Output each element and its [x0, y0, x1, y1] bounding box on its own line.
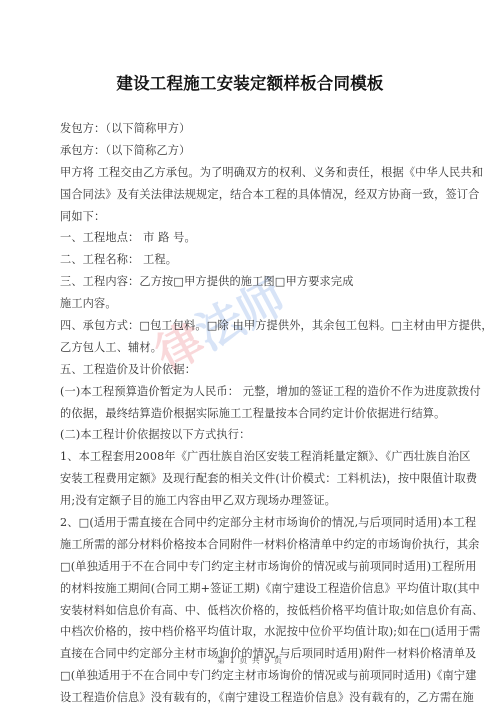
- document-line: 乙方包人工、辅材。: [60, 337, 445, 359]
- document-line: (二)本工程计价依据按以下方式执行：: [60, 424, 445, 446]
- document-line: 1、本工程套用2008年《广西壮族自治区安装工程消耗量定额》、《广西壮族自治区: [60, 446, 445, 468]
- document-line: 甲方将 工程交由乙方承包。为了明确双方的权利、义务和责任，根据《中华人民共和: [60, 162, 445, 184]
- document-line: 设工程造价信息》没有载有的，《南宁建设工程造价信息》没有载有的，乙方需在施: [60, 687, 445, 706]
- document-line: 国合同法》及有关法律法规规定，结合本工程的具体情况，经双方协商一致，签订合: [60, 184, 445, 206]
- document-page: 律法师 建设工程施工安装定额样板合同模板 发包方：（以下简称甲方）承包方：（以下…: [0, 0, 500, 706]
- document-line: □(单独适用于不在合同中专门约定主材市场询价的情况或与前项同时适用)《南宁建: [60, 665, 445, 687]
- document-line: 中档次价格的，按中档价格平均值计取，水泥按中位价平均值计取);如在□(适用于需: [60, 621, 445, 643]
- document-line: 四、承包方式：□包工包料。□除 由甲方提供外，其余包工包料。□主材由甲方提供，: [60, 315, 445, 337]
- document-line: 三、工程内容：乙方按□甲方提供的施工图□甲方要求完成: [60, 271, 445, 293]
- document-body: 发包方：（以下简称甲方）承包方：（以下简称乙方）甲方将 工程交由乙方承包。为了明…: [60, 118, 445, 706]
- document-line: 的依据，最终结算造价根据实际施工工程量按本合同约定计价依据进行结算。: [60, 403, 445, 425]
- document-line: 施工所需的部分材料价格按本合同附件一材料价格清单中约定的市场询价执行，其余: [60, 534, 445, 556]
- document-title: 建设工程施工安装定额样板合同模板: [0, 70, 500, 94]
- document-line: 承包方：（以下简称乙方）: [60, 140, 445, 162]
- document-line: 施工内容。: [60, 293, 445, 315]
- document-line: 五、工程造价及计价依据：: [60, 359, 445, 381]
- page-number-footer: 第 1 页 共 9 页: [0, 655, 500, 666]
- document-line: (一)本工程预算造价暂定为人民币： 元整，增加的签证工程的造价不作为进度款拨付: [60, 381, 445, 403]
- document-line: 2、□(适用于需直接在合同中约定部分主材市场询价的情况,与后项同时适用)本工程: [60, 512, 445, 534]
- document-line: 发包方：（以下简称甲方）: [60, 118, 445, 140]
- document-line: 一、工程地点： 市 路 号。: [60, 227, 445, 249]
- document-line: 安装材料如信息价有高、中、低档次价格的，按低档价格平均值计取;如信息价有高、: [60, 600, 445, 622]
- document-line: 二、工程名称： 工程。: [60, 249, 445, 271]
- document-line: 的材料按施工期间(合同工期+签证工期)《南宁建设工程造价信息》平均值计取(其中: [60, 578, 445, 600]
- document-line: 安装工程费用定额》及现行配套的相关文件(计价模式：工料机法)，按中限值计取费: [60, 468, 445, 490]
- document-line: 同如下：: [60, 206, 445, 228]
- document-line: □(单独适用于不在合同中专门约定主材市场询价的情况或与前项同时适用)工程所用: [60, 556, 445, 578]
- document-line: 用;没有定额子目的施工内容由甲乙双方现场办理签证。: [60, 490, 445, 512]
